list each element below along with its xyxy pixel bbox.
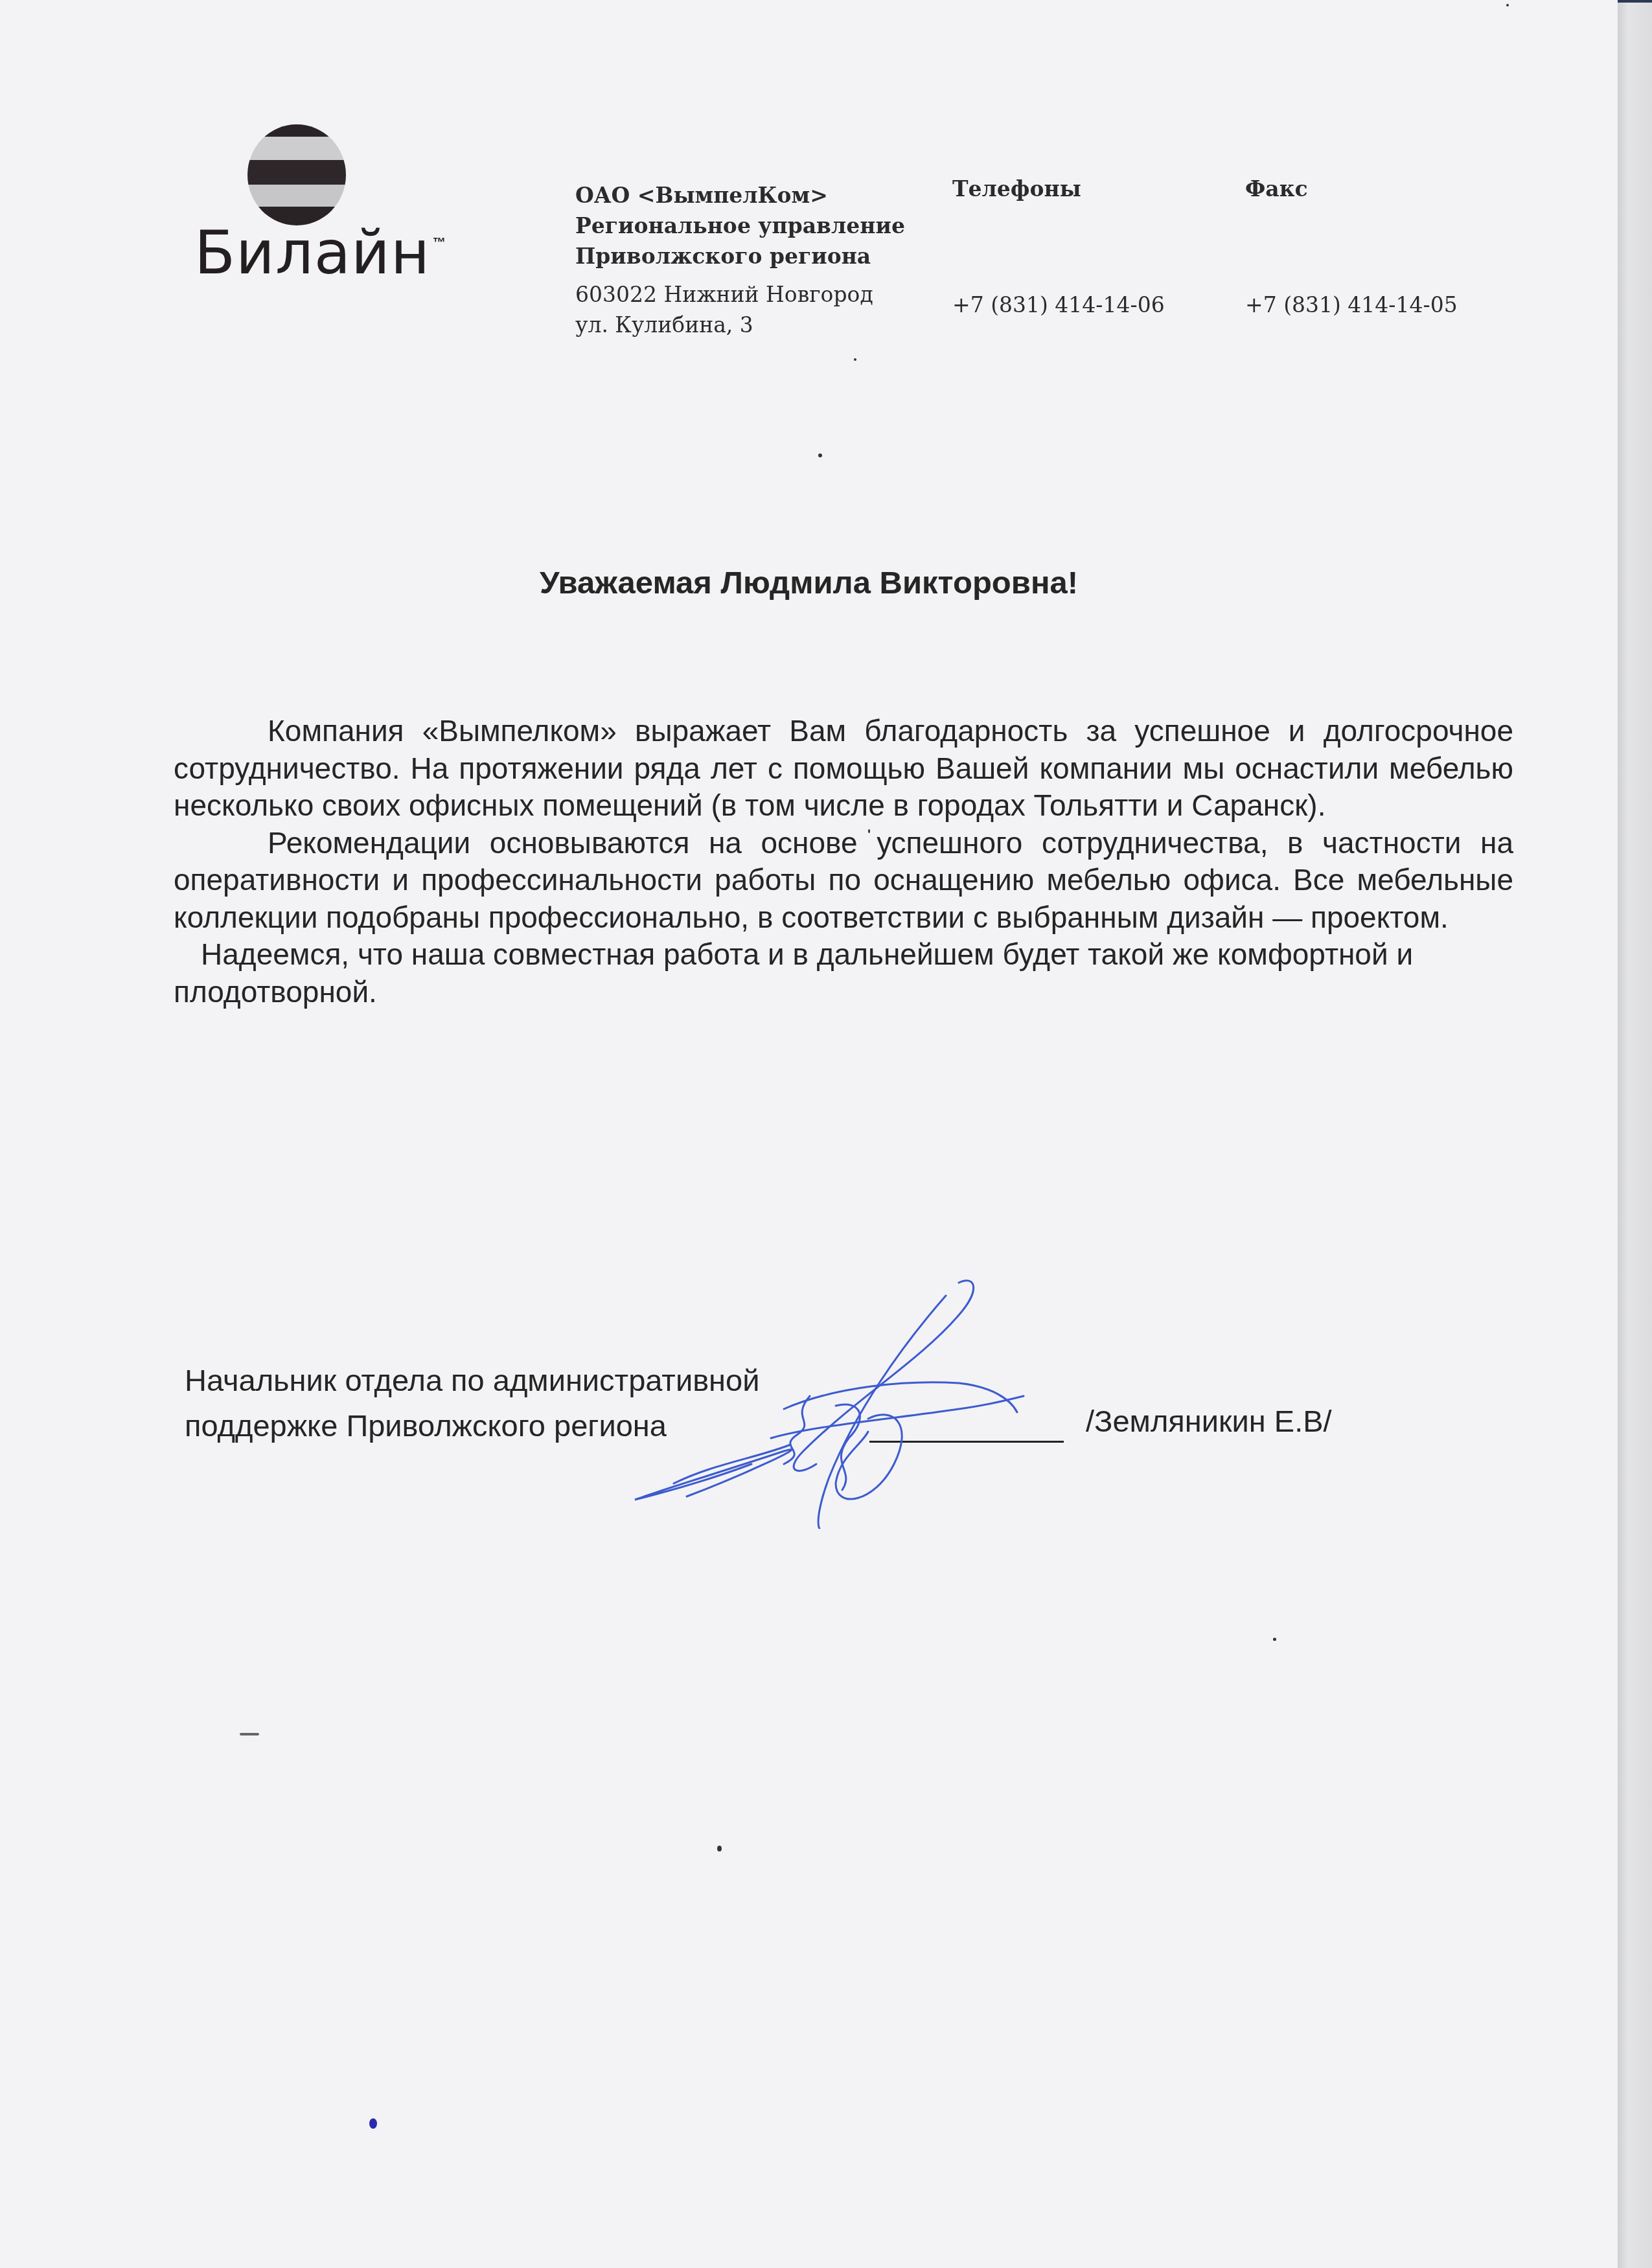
- fax-number: +7 (831) 414-14-05: [1245, 290, 1458, 320]
- company-division-line1: Региональное упрaвление: [575, 211, 905, 241]
- letter-page: Билайн™ ОАО <ВымпелКом> Региональное упр…: [0, 0, 1618, 2268]
- scan-speck: [854, 358, 856, 361]
- company-address-line1: 603022 Нижний Новгород: [575, 279, 905, 310]
- company-info: ОАО <ВымпелКом> Региональное упрaвление …: [575, 180, 905, 340]
- scan-edge-top: [1618, 0, 1652, 3]
- ink-speck: [369, 2118, 377, 2129]
- scan-speck: [868, 829, 870, 833]
- scan-speck: [818, 453, 822, 457]
- body-paragraph-2: Рекомендации основываются на основе успе…: [174, 825, 1513, 937]
- scan-speck: [240, 1733, 259, 1735]
- fax-label: Факс: [1245, 174, 1458, 204]
- company-name: ОАО <ВымпелКом>: [575, 180, 905, 211]
- scan-edge-shadow: [1618, 0, 1652, 2268]
- fax-info: Факс +7 (831) 414-14-05: [1245, 174, 1458, 320]
- scan-speck: [1506, 4, 1509, 6]
- body-paragraph-3: Надеемся, что наша совместная работа и в…: [174, 936, 1513, 1011]
- scan-speck: [1273, 1638, 1276, 1641]
- phones-info: Телефоны +7 (831) 414-14-06: [952, 174, 1165, 320]
- salutation: Уважаемая Людмила Викторовна!: [0, 565, 1618, 601]
- beeline-logo-icon: [194, 120, 402, 230]
- body-paragraph-1: Компания «Вымпелком» выражает Вам благод…: [174, 713, 1513, 825]
- company-address-line2: ул. Кулибина, 3: [575, 310, 905, 340]
- brand-name: Билайн: [194, 218, 430, 288]
- trademark-symbol: ™: [433, 236, 446, 250]
- handwritten-signature-icon: [622, 1270, 1140, 1532]
- phone-number: +7 (831) 414-14-06: [952, 290, 1165, 320]
- phones-label: Телефоны: [952, 174, 1165, 204]
- brand-logo-text: Билайн™: [194, 223, 446, 283]
- letter-body: Компания «Вымпелком» выражает Вам благод…: [174, 713, 1513, 1011]
- company-division-line2: Приволжского региона: [575, 241, 905, 271]
- scan-speck: [717, 1846, 722, 1851]
